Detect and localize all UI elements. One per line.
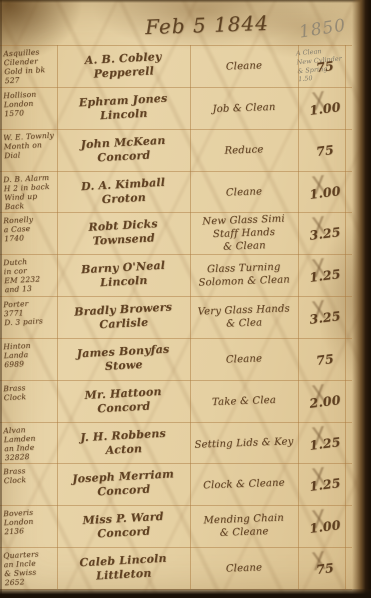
ledger-row: Boveris London 2136 Miss P. Ward Concord… xyxy=(0,506,352,548)
page-top-edge xyxy=(0,0,371,3)
customer-name-cell: Robt Dicks Townsend xyxy=(56,210,191,258)
item-description-cell: Brass Clock xyxy=(0,463,58,507)
ledger-row: Alvan Lamden an Inde 32828 J. H. Robbens… xyxy=(0,423,352,465)
column-rule-3 xyxy=(298,45,299,589)
work-done-cell: Mending Chain & Cleane xyxy=(189,504,298,549)
item-description-cell: Quarters an Incle & Swiss 2652 xyxy=(0,547,58,591)
ledger-row: Hinton Landa 6989 James Bonyfas Stowe Cl… xyxy=(0,339,352,381)
ledger-table: Asquilles Cilender Gold in bk 527 A. B. … xyxy=(0,45,352,590)
customer-name-cell: Ephram Jones Lincoln xyxy=(56,84,191,132)
ledger-row: D. B. Alarm H 2 in back Wind up Back D. … xyxy=(0,172,352,214)
customer-name-cell: Mr. Hattoon Concord xyxy=(56,377,191,425)
customer-name-cell: James Bonyfas Stowe xyxy=(56,335,191,383)
work-done-cell: Very Glass Hands & Clea xyxy=(189,295,298,340)
work-done-cell: Reduce xyxy=(189,128,298,173)
item-description-cell: Ronelly a Case 1740 xyxy=(0,212,58,256)
customer-name-cell: A. B. Cobley Pepperell xyxy=(56,43,191,91)
work-done-cell: Clock & Cleane xyxy=(189,463,298,508)
work-done-cell: Cleane xyxy=(189,546,298,591)
work-done-cell: Setting Lids & Key xyxy=(189,421,298,466)
item-description-cell: Brass Clock xyxy=(0,379,58,423)
ledger-row: Brass Clock Mr. Hattoon Concord Take & C… xyxy=(0,381,352,423)
customer-name-cell: Joseph Merriam Concord xyxy=(56,461,191,509)
item-description-cell: D. B. Alarm H 2 in back Wind up Back xyxy=(0,170,58,214)
customer-name-cell: Caleb Lincoln Littleton xyxy=(56,545,191,593)
book-binding-edge xyxy=(352,0,371,598)
item-description-cell: Dutch in cor EM 2232 and 13 xyxy=(0,254,58,298)
work-done-cell: New Glass Simi Staff Hands & Clean xyxy=(189,212,298,257)
work-done-cell: Job & Clean xyxy=(189,86,298,131)
date-heading: Feb 5 1844 xyxy=(132,10,283,39)
customer-name-cell: Barny O'Neal Lincoln xyxy=(56,252,191,300)
ledger-row: Asquilles Cilender Gold in bk 527 A. B. … xyxy=(0,46,352,88)
pencil-year-annotation: 1850 xyxy=(298,15,348,42)
ledger-row: Quarters an Incle & Swiss 2652 Caleb Lin… xyxy=(0,548,352,590)
column-rule-1 xyxy=(57,45,58,589)
ledger-row: Hollison London 1570 Ephram Jones Lincol… xyxy=(0,88,352,130)
item-description-cell: Hollison London 1570 xyxy=(0,86,58,130)
work-done-cell: Cleane xyxy=(189,337,298,382)
work-done-cell: Glass Turning Solomon & Clean xyxy=(189,253,298,298)
item-description-cell: Boveris London 2136 xyxy=(0,505,58,549)
item-description-cell: Alvan Lamden an Inde 32828 xyxy=(0,421,58,465)
work-done-cell: Cleane xyxy=(189,170,298,215)
ledger-row: Porter 3771 D. 3 pairs Bradly Browers Ca… xyxy=(0,297,352,339)
ledger-row: Brass Clock Joseph Merriam Concord Clock… xyxy=(0,464,352,506)
work-done-cell: Cleane xyxy=(189,44,298,89)
ledger-row: Dutch in cor EM 2232 and 13 Barny O'Neal… xyxy=(0,255,352,297)
column-rule-2 xyxy=(190,45,191,589)
customer-name-cell: Bradly Browers Carlisle xyxy=(56,294,191,342)
ledger-row: Ronelly a Case 1740 Robt Dicks Townsend … xyxy=(0,213,352,255)
customer-name-cell: J. H. Robbens Acton xyxy=(56,419,191,467)
photo-bottom-edge xyxy=(0,589,371,598)
item-description-cell: W. E. Townly Month on Dial xyxy=(0,128,58,172)
ledger-rows: Asquilles Cilender Gold in bk 527 A. B. … xyxy=(0,46,352,590)
ledger-row: W. E. Townly Month on Dial John McKean C… xyxy=(0,130,352,172)
ledger-page: Feb 5 1844 1850 A Clean New Cylinder & S… xyxy=(0,0,371,598)
column-rule-4 xyxy=(345,45,346,589)
work-done-cell: Take & Clea xyxy=(189,379,298,424)
customer-name-cell: Miss P. Ward Concord xyxy=(56,503,191,551)
page-left-edge xyxy=(0,0,2,598)
customer-name-cell: John McKean Concord xyxy=(56,126,191,174)
item-description-cell: Asquilles Cilender Gold in bk 527 xyxy=(0,45,58,89)
customer-name-cell: D. A. Kimball Groton xyxy=(56,168,191,216)
item-description-cell: Hinton Landa 6989 xyxy=(0,337,58,381)
item-description-cell: Porter 3771 D. 3 pairs xyxy=(0,296,58,340)
